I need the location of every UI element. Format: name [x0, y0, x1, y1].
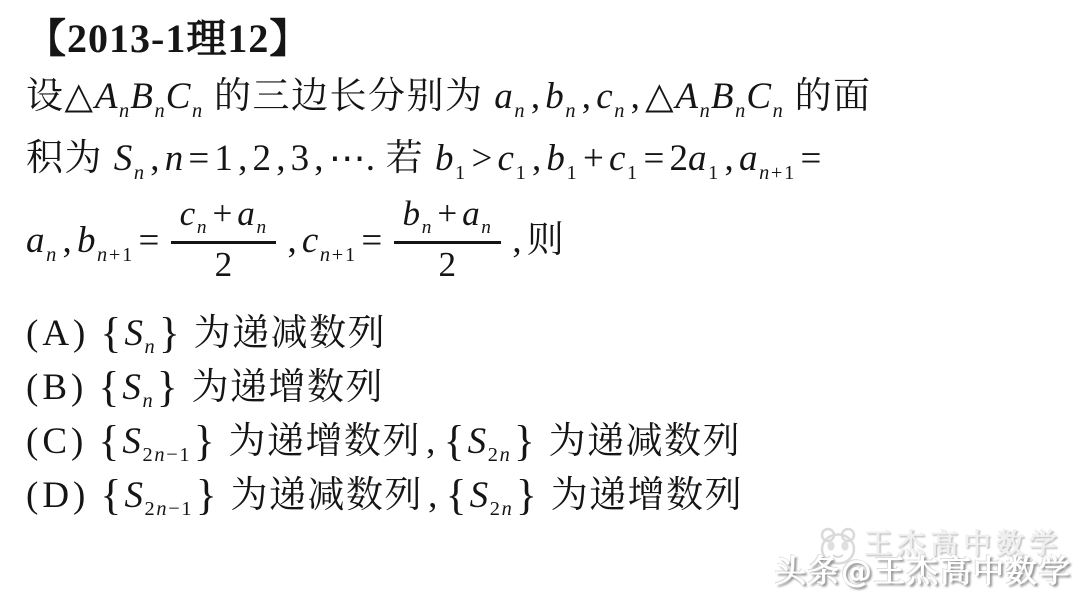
- math-variable: c1: [609, 138, 638, 179]
- fraction: cn+an2: [171, 194, 276, 285]
- math-variable: Sn: [124, 313, 155, 354]
- math-op: >: [471, 138, 492, 179]
- math-op: =: [361, 220, 382, 261]
- math-brace: }: [196, 471, 217, 519]
- math-variable: an: [494, 76, 525, 117]
- subscript: n: [565, 100, 577, 122]
- math-variable: bn+1: [77, 220, 133, 261]
- math-op: ,: [582, 76, 591, 117]
- option-a-text: {Sn} 为递减数列: [97, 313, 386, 354]
- subscript: n: [614, 100, 626, 122]
- math-text: 则: [527, 220, 566, 261]
- math-variable: cn+1: [302, 220, 356, 261]
- math-brace: }: [514, 417, 535, 465]
- problem-line-1: 设△AnBnCn 的三边长分别为 an,bn,cn,△AnBnCn 的面: [26, 66, 1060, 128]
- math-brace: }: [157, 363, 178, 411]
- math-op: +: [213, 194, 233, 233]
- math-text: 为递增数列: [181, 367, 384, 408]
- fraction-denominator: 2: [171, 241, 276, 285]
- math-variable: Bn: [711, 76, 746, 117]
- subscript: n: [256, 217, 267, 238]
- subscript: n+1: [96, 244, 133, 266]
- subscript: n+1: [758, 162, 795, 184]
- subscript: 2n−1: [144, 498, 193, 520]
- math-brace: {: [98, 363, 119, 411]
- option-c-label: (C): [26, 421, 87, 462]
- problem-line-2: 积为 Sn,n=1,2,3,⋯. 若 b1>c1,b1+c1=2a1,an+1=: [26, 128, 1060, 190]
- math-op: +: [437, 194, 457, 233]
- math-op: ,: [314, 138, 323, 179]
- math-text: 积为: [26, 138, 114, 179]
- math-op: ,: [531, 76, 540, 117]
- math-variable: a1: [688, 138, 719, 179]
- math-op: ,: [512, 220, 521, 261]
- option-d: (D){S2n−1} 为递减数列,{S2n} 为递增数列: [26, 468, 1060, 522]
- math-variable: c1: [498, 138, 527, 179]
- math-op: =: [139, 220, 160, 261]
- math-op: ,: [532, 138, 541, 179]
- math-num: 2: [439, 245, 457, 284]
- subscript: 1: [454, 162, 466, 184]
- math-op: ,: [725, 138, 734, 179]
- subscript: 1: [626, 162, 638, 184]
- option-b: (B){Sn} 为递增数列: [26, 360, 1060, 414]
- subscript: n: [699, 100, 711, 122]
- math-variable: bn: [545, 76, 576, 117]
- math-variable: cn: [180, 194, 208, 233]
- math-op: ,: [276, 138, 285, 179]
- math-op: =: [643, 138, 664, 179]
- math-brace: {: [444, 417, 465, 465]
- subscript: 2n−1: [142, 444, 191, 466]
- subscript: 1: [566, 162, 578, 184]
- subscript: n: [734, 100, 746, 122]
- math-brace: {: [446, 471, 467, 519]
- fraction-numerator: bn+an: [394, 194, 501, 241]
- math-variable: b1: [546, 138, 577, 179]
- math-variable: S2n: [470, 475, 513, 516]
- subscript: n: [142, 390, 154, 412]
- subscript: n: [118, 100, 130, 122]
- math-variable: S2n−1: [124, 475, 192, 516]
- watermark-ghost-row: 王杰高中数学: [775, 516, 1062, 562]
- math-variable: S2n: [468, 421, 511, 462]
- subscript: n: [46, 244, 58, 266]
- math-brace: }: [159, 309, 180, 357]
- math-text: 为递减数列: [183, 313, 386, 354]
- math-text: 为递增数列: [218, 421, 421, 462]
- option-c: (C){S2n−1} 为递增数列,{S2n} 为递减数列: [26, 414, 1060, 468]
- subscript: n: [191, 100, 203, 122]
- watermark: 王杰高中数学 头条@王杰高中数学: [775, 516, 1072, 591]
- math-variable: an: [462, 194, 492, 233]
- math-brace: }: [516, 471, 537, 519]
- math-variable: An: [95, 76, 130, 117]
- option-d-text: {S2n−1} 为递减数列,{S2n} 为递增数列: [97, 475, 743, 516]
- problem-page: { "colors":{ "text":"#151515", "backgrou…: [0, 0, 1080, 593]
- option-b-label: (B): [26, 367, 87, 408]
- math-num: 2: [253, 138, 272, 179]
- subscript: 1: [708, 162, 720, 184]
- math-text: 为递减数列: [538, 421, 741, 462]
- subscript: n: [144, 336, 156, 358]
- math-op: ,: [428, 475, 437, 516]
- math-variable: an: [26, 220, 57, 261]
- option-d-label: (D): [26, 475, 89, 516]
- subscript: n: [514, 100, 526, 122]
- math-num: 2: [215, 245, 233, 284]
- math-variable: Bn: [130, 76, 165, 117]
- option-c-text: {S2n−1} 为递增数列,{S2n} 为递减数列: [95, 421, 741, 462]
- math-text: 设: [26, 76, 65, 117]
- math-variable: n: [165, 138, 184, 179]
- math-text: 为递增数列: [540, 475, 743, 516]
- subscript: n: [133, 162, 145, 184]
- math-op: +: [583, 138, 604, 179]
- math-variable: bn: [403, 194, 433, 233]
- math-op: ,: [63, 220, 72, 261]
- math-brace: {: [100, 471, 121, 519]
- subscript: n: [772, 100, 784, 122]
- math-text: 为递减数列: [220, 475, 423, 516]
- subscript: n: [481, 217, 492, 238]
- subscript: 2n: [487, 444, 511, 466]
- problem-line-3: an,bn+1=cn+an2,cn+1=bn+an2,则: [26, 190, 1060, 292]
- math-variable: Sn: [122, 367, 153, 408]
- panda-logo-icon: [816, 526, 860, 572]
- subscript: 1: [515, 162, 527, 184]
- subscript: n: [154, 100, 166, 122]
- math-brace: {: [100, 309, 121, 357]
- math-op: ,: [631, 76, 640, 117]
- math-text: 若: [375, 138, 435, 179]
- math-variable: an: [237, 194, 267, 233]
- math-num: 3: [291, 138, 310, 179]
- math-variable: Cn: [746, 76, 784, 117]
- math-num: 2: [670, 138, 689, 179]
- math-text: 的面: [784, 76, 872, 117]
- problem-title: 【2013-1理12】: [26, 12, 1060, 66]
- math-sym: △: [65, 76, 93, 117]
- math-op: =: [801, 138, 822, 179]
- math-op: ,: [426, 421, 435, 462]
- math-brace: {: [98, 417, 119, 465]
- math-sym: △: [645, 76, 673, 117]
- math-brace: }: [194, 417, 215, 465]
- fraction: bn+an2: [394, 194, 501, 285]
- math-variable: cn: [596, 76, 625, 117]
- math-variable: S2n−1: [122, 421, 190, 462]
- option-a-label: (A): [26, 313, 89, 354]
- math-variable: b1: [435, 138, 466, 179]
- math-variable: an+1: [739, 138, 795, 179]
- option-b-text: {Sn} 为递增数列: [95, 367, 384, 408]
- subscript: 2n: [489, 498, 513, 520]
- math-variable: An: [675, 76, 710, 117]
- problem-document: 【2013-1理12】 设△AnBnCn 的三边长分别为 an,bn,cn,△A…: [0, 0, 1080, 522]
- math-variable: Cn: [166, 76, 204, 117]
- math-op: ,: [238, 138, 247, 179]
- fraction-numerator: cn+an: [171, 194, 276, 241]
- option-a: (A){Sn} 为递减数列: [26, 306, 1060, 360]
- math-num: ⋯.: [329, 138, 375, 179]
- math-op: ,: [150, 138, 159, 179]
- subscript: n+1: [319, 244, 356, 266]
- fraction-denominator: 2: [394, 241, 501, 285]
- math-op: ,: [287, 220, 296, 261]
- subscript: n: [421, 217, 432, 238]
- math-text: 的三边长分别为: [203, 76, 494, 117]
- math-variable: Sn: [114, 138, 145, 179]
- subscript: n: [196, 217, 207, 238]
- math-num: 1: [214, 138, 233, 179]
- watermark-ghost-text: 王杰高中数学: [864, 522, 1062, 562]
- options-list: (A){Sn} 为递减数列 (B){Sn} 为递增数列 (C){S2n−1} 为…: [26, 306, 1060, 522]
- math-op: =: [188, 138, 209, 179]
- watermark-main-text: 头条@王杰高中数学: [775, 546, 1072, 591]
